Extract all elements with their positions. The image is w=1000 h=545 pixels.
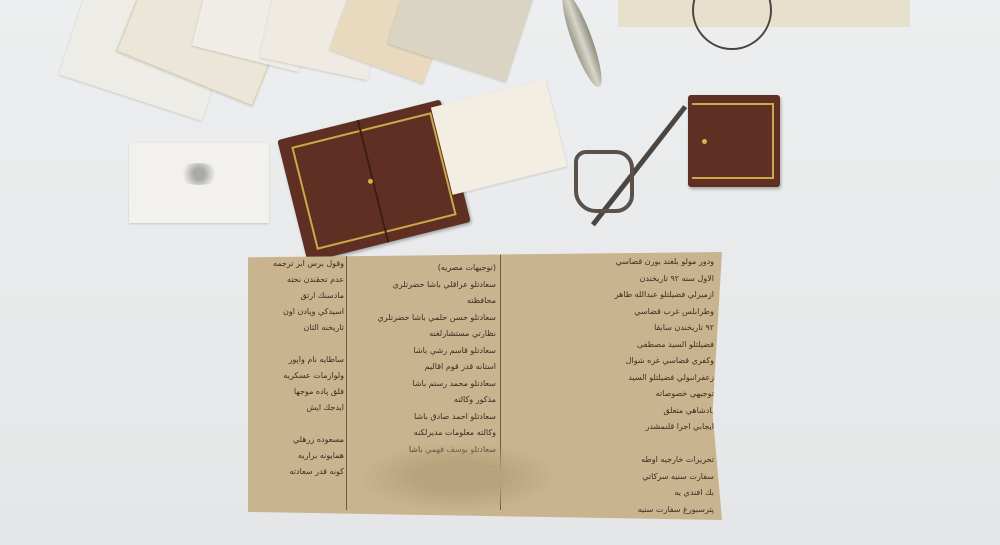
letter-opener (556, 0, 609, 90)
leather-square-case (688, 95, 780, 187)
newspaper-col-1: وقول برس ابر ترجمه عدم تحقندن نحته مادسن… (254, 256, 344, 480)
sketch-card-roses (129, 143, 269, 223)
lorgnette-lens (692, 0, 772, 50)
torn-area (358, 442, 558, 512)
lorgnette-bow (574, 150, 634, 213)
newspaper-fragment: وقول برس ابر ترجمه عدم تحقندن نحته مادسن… (248, 252, 722, 520)
rose-sketch (174, 163, 224, 185)
ivory-tablet (431, 79, 567, 195)
